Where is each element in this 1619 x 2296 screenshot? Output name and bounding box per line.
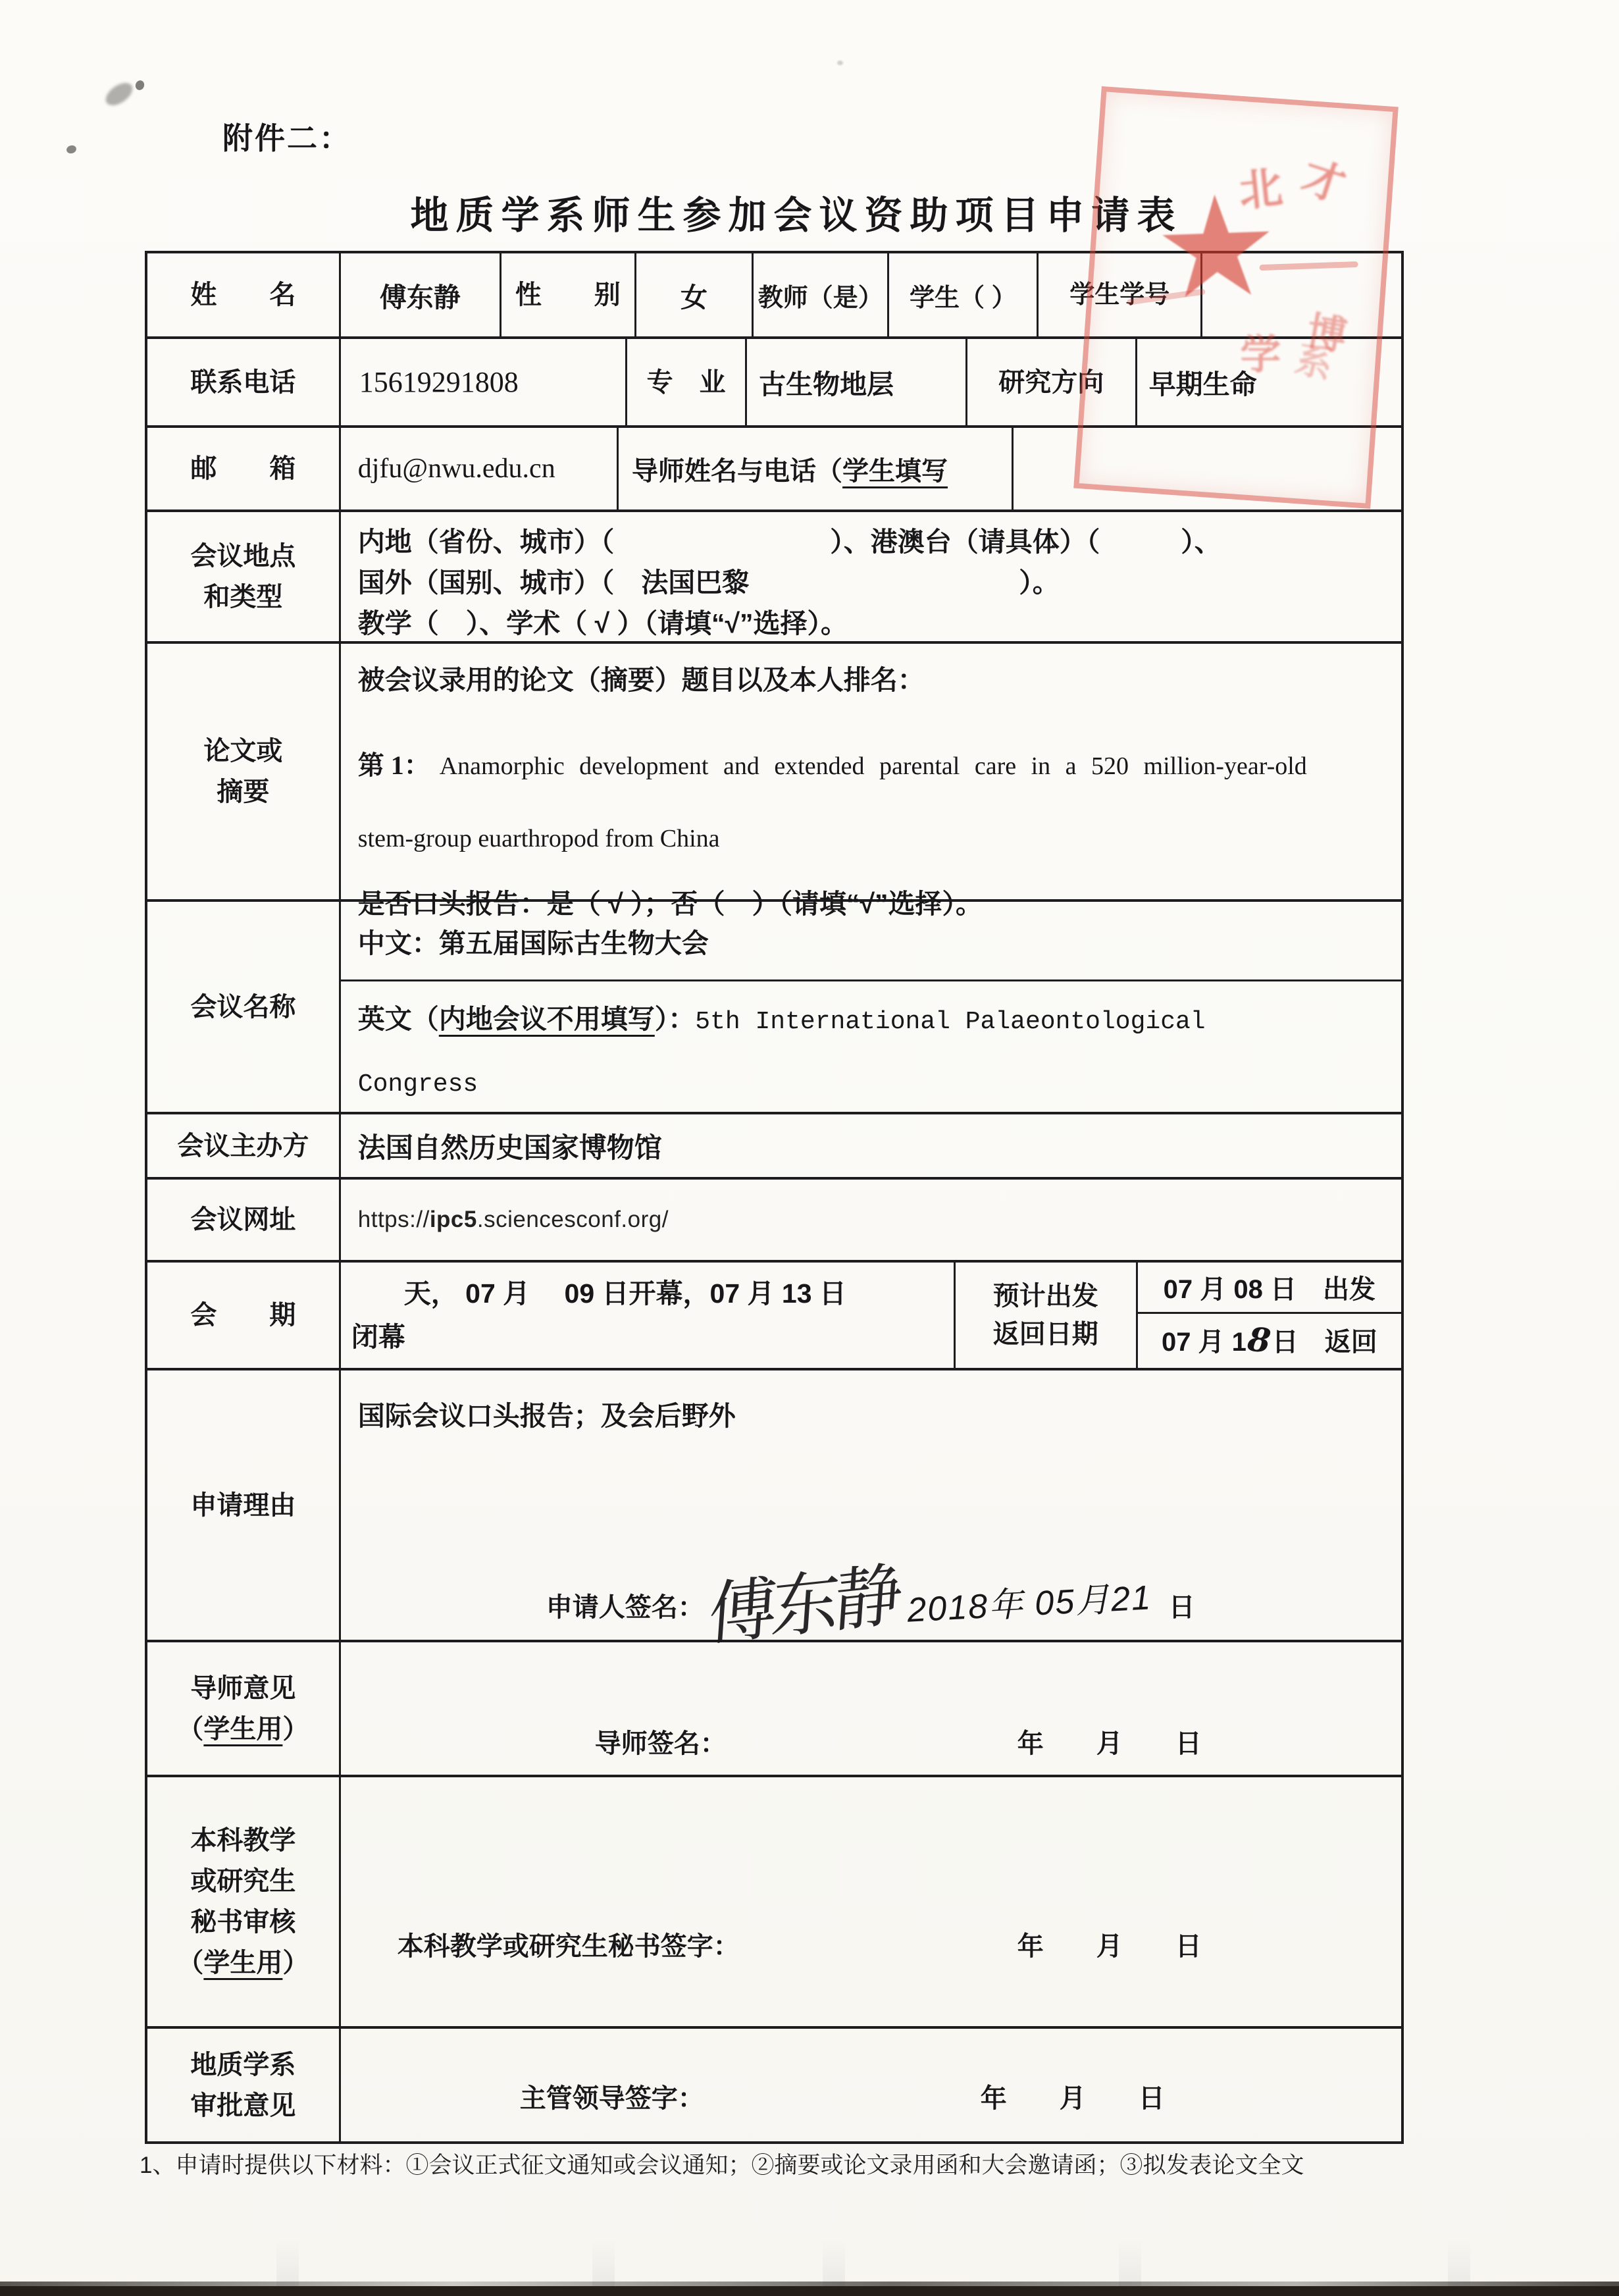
secretary-label-line4: （学生用） [177,1943,309,1983]
student-id-label: 学生学号 [1039,253,1202,336]
gender-label: 性 别 [501,253,636,336]
email-label: 邮 箱 [147,428,341,509]
return-value: 07 月 18 日 返回 [1138,1314,1401,1366]
secretary-sign-label: 本科教学或研究生秘书签字： [398,1925,740,1963]
website-label: 会议网址 [147,1180,341,1260]
paper-title-line2: stem-group euarthropod from China [358,824,1383,853]
advisor-ymd: 年 月 日 [1017,1723,1202,1760]
row-host: 会议主办方 法国自然历史国家博物馆 [147,1114,1401,1180]
dates-label: 会 期 [147,1263,341,1368]
form-title: 地质学系师生参加会议资助项目申请表 [0,184,1593,240]
en-value-line1: 5th International Palaeontological [695,1008,1205,1036]
applicant-sign-label: 申请人签名： [546,1586,704,1624]
secretary-ymd: 年 月 日 [1017,1925,1202,1963]
advisor-opinion-label: 导师意见 （学生用） [147,1642,341,1775]
location-type-label: 会议地点 和类型 [147,512,341,641]
location-line-abroad: 国外（国别、城市）（ 法国巴黎 ）。 [358,562,1401,603]
advisor-label: 导师姓名与电话（学生填写 [619,428,1014,509]
row-name: 姓 名 傅东静 性 别 女 教师（是） 学生（ ） 学生学号 [147,253,1401,339]
depart-return-values: 07 月 08 日 出发 07 月 18 日 返回 [1138,1263,1401,1368]
row-location-type: 会议地点 和类型 内地（省份、城市）（ ）、港澳台（请具体）（ ）、 国外（国别… [147,512,1401,644]
url-bold-part: ipc5 [430,1207,477,1233]
student-checkbox-label: 学生（ ） [889,253,1039,336]
en-prefix: 英文（ [358,997,439,1036]
conference-name-en-line1: 英文（内地会议不用填写）： 5th International Palaeont… [358,997,1401,1036]
leader-sign-label: 主管领导签字： [520,2077,704,2115]
return-prefix: 07 月 1 [1162,1321,1246,1359]
row-conference-name: 会议名称 中文：第五届国际古生物大会 英文（内地会议不用填写）： 5th Int… [147,902,1401,1114]
name-label: 姓 名 [147,253,341,336]
return-handwritten-digit: 8 [1246,1319,1273,1360]
website-value: https://ipc5.sciencesconf.org/ [341,1180,1401,1260]
location-line-mainland: 内地（省份、城市）（ ）、港澳台（请具体）（ ）、 [358,521,1401,562]
row-secretary-review: 本科教学 或研究生 秘书审核 （学生用） 本科教学或研究生秘书签字： 年 月 日 [147,1777,1401,2029]
paren-close: ） [282,1715,309,1744]
paper-content: 被会议录用的论文（摘要）题目以及本人排名： 第 1： Anamorphic de… [341,644,1401,899]
teacher-checkbox-label: 教师（是） [754,253,889,336]
advisor-sign-label: 导师签名： [595,1723,727,1760]
footer-note: 1、申请时提供以下材料：①会议正式征文通知或会议通知；②摘要或论文录用函和大会邀… [140,2147,1304,2180]
conference-name-content: 中文：第五届国际古生物大会 英文（内地会议不用填写）： 5th Internat… [341,902,1401,1112]
scan-speck [837,61,843,65]
scan-streak [276,2239,299,2286]
scanned-application-form: 附件二： 地质学系师生参加会议资助项目申请表 ★ 北 才 博 学 系 姓 名 傅… [0,0,1619,2296]
scan-streak [1119,2239,1141,2286]
reason-content: 国际会议口头报告；及会后野外 申请人签名： 傅东静 2018年 05月21 日 [341,1370,1401,1640]
en-mid: ）： [655,997,696,1036]
student-id-value-empty [1202,253,1401,336]
scan-smudge [102,78,137,110]
row-website: 会议网址 https://ipc5.sciencesconf.org/ [147,1180,1401,1263]
abroad-value: 法国巴黎 [641,567,749,598]
host-label: 会议主办方 [147,1114,341,1177]
row-reason: 申请理由 国际会议口头报告；及会后野外 申请人签名： 傅东静 2018年 05月… [147,1370,1401,1642]
applicant-signature-line: 申请人签名： 傅东静 2018年 05月21 日 [546,1562,1195,1624]
en-underlined-note: 内地会议不用填写 [439,997,655,1036]
host-value: 法国自然历史国家博物馆 [341,1114,1401,1177]
major-label: 专 业 [627,339,747,425]
url-prefix: https:// [358,1207,430,1233]
row-contact: 联系电话 15619291808 专 业 古生物地层 研究方向 早期生命 [147,339,1401,428]
depart-label-line2: 返回日期 [993,1315,1098,1353]
row-email: 邮 箱 djfu@nwu.edu.cn 导师姓名与电话（学生填写 [147,428,1401,512]
location-type-label-line2: 和类型 [203,577,282,617]
leader-ymd: 年 月 日 [981,2077,1165,2115]
row-dates: 会 期 天， 07 月 09 日开幕，07 月 13 日 闭幕 预计出发 返回日… [147,1263,1401,1370]
depart-label-line1: 预计出发 [993,1277,1098,1315]
department-approval-content: 主管领导签字： 年 月 日 [341,2029,1401,2141]
depart-value: 07 月 08 日 出发 [1138,1263,1401,1314]
location-type-content: 内地（省份、城市）（ ）、港澳台（请具体）（ ）、 国外（国别、城市）（ 法国巴… [341,512,1401,641]
type-line: 教学（ ）、学术（ √ ）（请填“√”选择）。 [358,603,1401,644]
conference-name-cn: 中文：第五届国际古生物大会 [341,902,1401,981]
email-value: djfu@nwu.edu.cn [341,428,619,509]
department-approval-label: 地质学系 审批意见 [147,2029,341,2141]
attachment-label: 附件二： [222,115,351,158]
location-type-label-line1: 会议地点 [190,536,296,577]
duration-line1: 天， 07 月 09 日开幕，07 月 13 日 [341,1272,954,1315]
student-use-underlined: 学生用 [203,1948,282,1977]
abroad-suffix: ）。 [749,567,1060,598]
paper-title-line1: Anamorphic development and extended pare… [440,752,1307,781]
scan-streak [1448,2239,1470,2286]
scan-streak [823,2239,845,2286]
row-department-approval: 地质学系 审批意见 主管领导签字： 年 月 日 [147,2029,1401,2141]
applicant-handwritten-date: 2018年 05月21 [906,1569,1152,1631]
duration-cell: 天， 07 月 09 日开幕，07 月 13 日 闭幕 [341,1263,956,1368]
major-value: 古生物地层 [747,339,967,425]
return-suffix: 日 返回 [1272,1321,1377,1359]
advisor-value-empty [1014,428,1401,509]
advisor-label-underlined: 学生填写 [842,450,948,488]
paper-label: 论文或 摘要 [147,644,341,899]
secretary-review-label: 本科教学 或研究生 秘书审核 （学生用） [147,1777,341,2026]
applicant-handwritten-signature: 傅东静 [706,1565,899,1648]
secretary-label-line2: 或研究生 [190,1861,296,1902]
phone-value: 15619291808 [341,339,627,425]
direction-label: 研究方向 [967,339,1137,425]
secretary-review-content: 本科教学或研究生秘书签字： 年 月 日 [341,1777,1401,2026]
application-table: 姓 名 傅东静 性 别 女 教师（是） 学生（ ） 学生学号 联系电话 1561… [145,251,1404,2144]
paper-rank-label: 第 1： [358,744,430,782]
conference-name-label: 会议名称 [147,902,341,1112]
paren-close: ） [282,1948,309,1977]
url-suffix: .sciencesconf.org/ [477,1207,669,1233]
scanner-edge-band [0,2286,1619,2296]
advisor-opinion-content: 导师签名： 年 月 日 [341,1642,1401,1775]
paper-heading: 被会议录用的论文（摘要）题目以及本人排名： [358,658,1383,697]
advisor-opinion-line1: 导师意见 [190,1668,296,1709]
department-label-line1: 地质学系 [190,2045,296,2085]
secretary-label-line1: 本科教学 [190,1820,296,1861]
row-paper: 论文或 摘要 被会议录用的论文（摘要）题目以及本人排名： 第 1： Anamor… [147,644,1401,902]
duration-line2: 闭幕 [341,1315,954,1359]
gender-value: 女 [636,253,754,336]
abroad-prefix: 国外（国别、城市）（ [358,567,642,598]
paper-label-line2: 摘要 [217,771,269,812]
secretary-label-line3: 秘书审核 [190,1902,296,1943]
direction-value: 早期生命 [1137,339,1401,425]
row-advisor-opinion: 导师意见 （学生用） 导师签名： 年 月 日 [147,1642,1401,1777]
scan-speck [66,144,78,154]
reason-label: 申请理由 [147,1370,341,1640]
paren-open: （ [177,1715,203,1744]
conference-name-en: 英文（内地会议不用填写）： 5th International Palaeont… [341,981,1401,1110]
scan-speck [134,79,145,91]
phone-label: 联系电话 [147,339,341,425]
en-value-line2: Congress [358,1070,1401,1099]
department-label-line2: 审批意见 [190,2085,296,2126]
paper-label-line1: 论文或 [203,731,282,771]
applicant-date-suffix: 日 [1169,1586,1195,1624]
scan-streak [592,2239,615,2286]
student-use-underlined: 学生用 [203,1715,282,1744]
reason-text: 国际会议口头报告；及会后野外 [358,1394,1401,1433]
advisor-opinion-line2: （学生用） [177,1709,309,1750]
depart-return-label: 预计出发 返回日期 [956,1263,1138,1368]
paren-open: （ [177,1948,203,1977]
advisor-label-prefix: 导师姓名与电话（ [632,450,842,488]
name-value: 傅东静 [341,253,501,336]
paper-rank-line: 第 1： Anamorphic development and extended… [358,744,1383,782]
